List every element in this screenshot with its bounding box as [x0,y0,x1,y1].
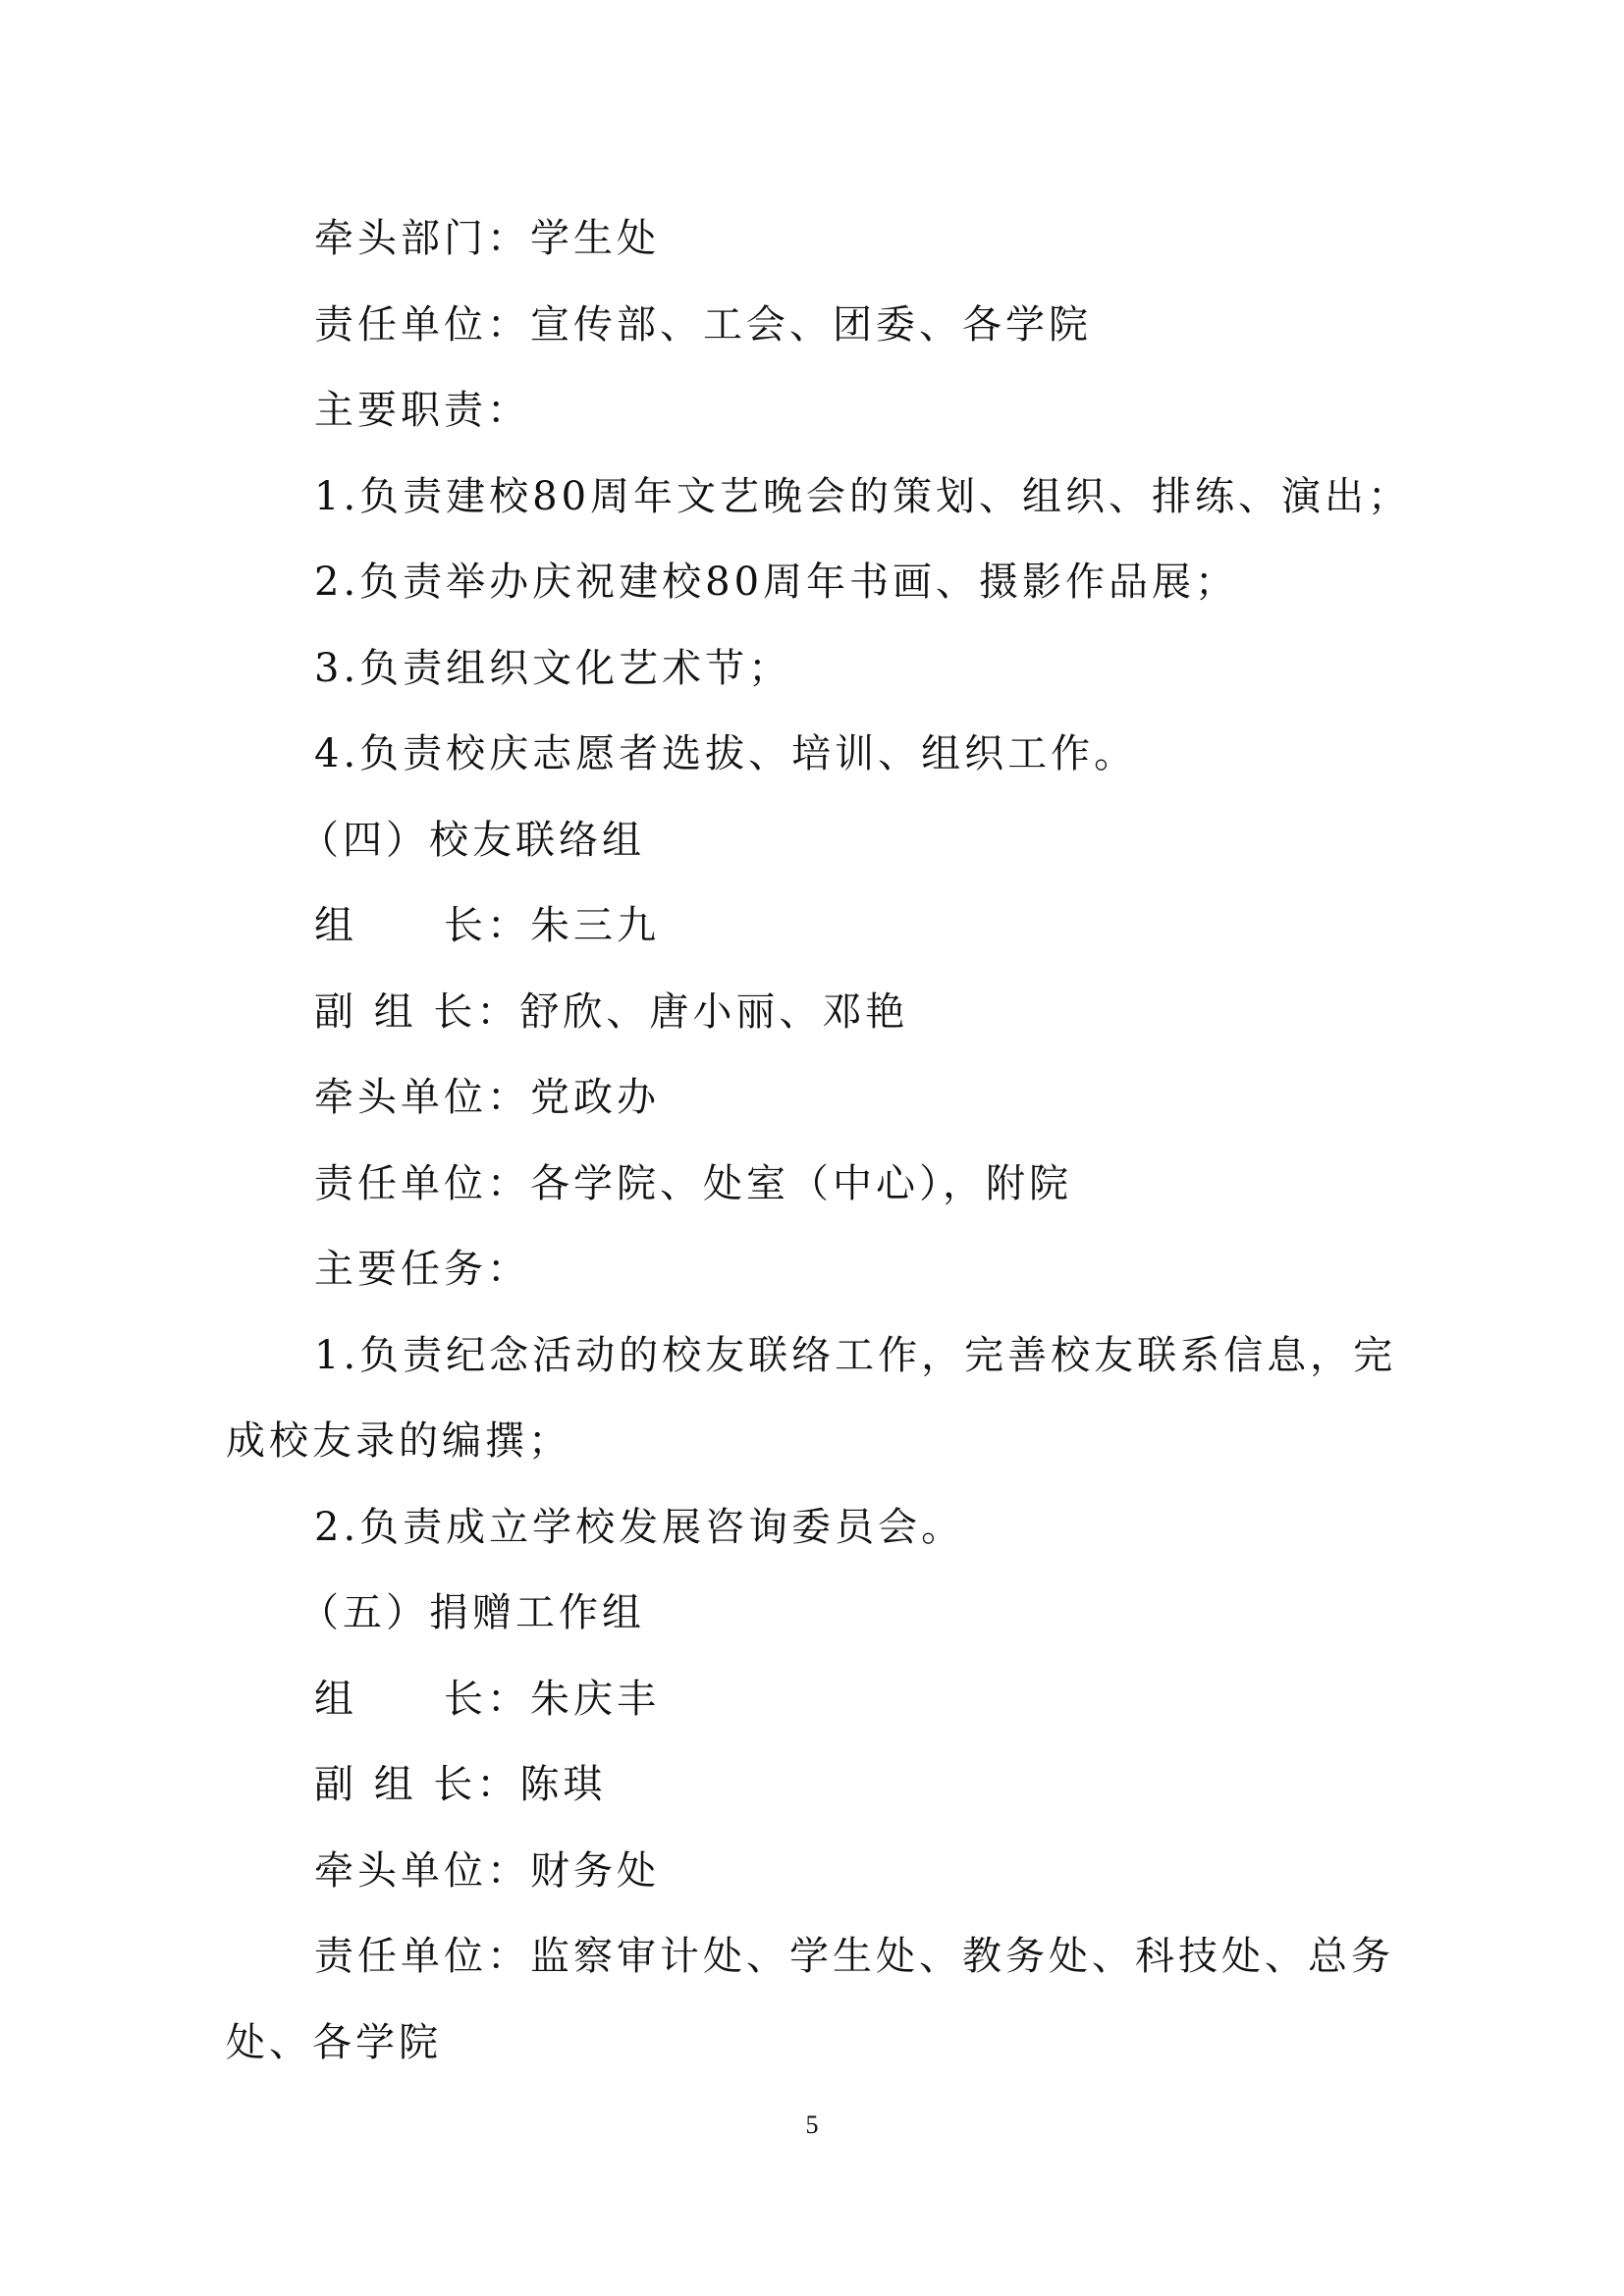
document-page: 牵头部门：学生处 责任单位：宣传部、工会、团委、各学院 主要职责： 1.负责建校… [0,0,1624,2296]
duty-item-4: 4.负责校庆志愿者选拔、培训、组织工作。 [314,724,1502,783]
responsible-units-line: 责任单位：宣传部、工会、团委、各学院 [314,295,1502,354]
responsible-units-line: 责任单位：各学院、处室（中心），附院 [314,1154,1502,1213]
duty-item-2: 2.负责举办庆祝建校80周年书画、摄影作品展； [314,553,1502,612]
lead-unit-line: 牵头单位：党政办 [314,1068,1502,1127]
deputy-leader-line: 副 组 长：陈琪 [314,1755,1502,1814]
duty-item-1: 1.负责建校80周年文艺晚会的策划、组织、排练、演出； [314,467,1502,526]
responsible-units-line: 责任单位：监察审计处、学生处、教务处、科技处、总务 [314,1927,1502,1986]
lead-dept-line: 牵头部门：学生处 [314,209,1502,268]
task-item-1-continued: 成校友录的编撰； [226,1412,1414,1470]
duty-item-3: 3.负责组织文化艺术节； [314,639,1502,698]
page-number: 5 [0,2110,1624,2140]
group-leader-line: 组 长：朱庆丰 [314,1670,1502,1729]
group-leader-line: 组 长：朱三九 [314,896,1502,955]
responsible-units-continued: 处、各学院 [226,2013,1414,2072]
lead-unit-line: 牵头单位：财务处 [314,1842,1502,1900]
section-heading-donation: （五）捐赠工作组 [299,1583,1488,1642]
deputy-leader-line: 副 组 长：舒欣、唐小丽、邓艳 [314,983,1502,1041]
task-item-2: 2.负责成立学校发展咨询委员会。 [314,1498,1502,1557]
section-heading-alumni: （四）校友联络组 [299,811,1488,870]
task-item-1: 1.负责纪念活动的校友联络工作，完善校友联系信息，完 [314,1326,1502,1385]
main-duties-label: 主要职责： [314,381,1502,440]
main-tasks-label: 主要任务： [314,1240,1502,1299]
